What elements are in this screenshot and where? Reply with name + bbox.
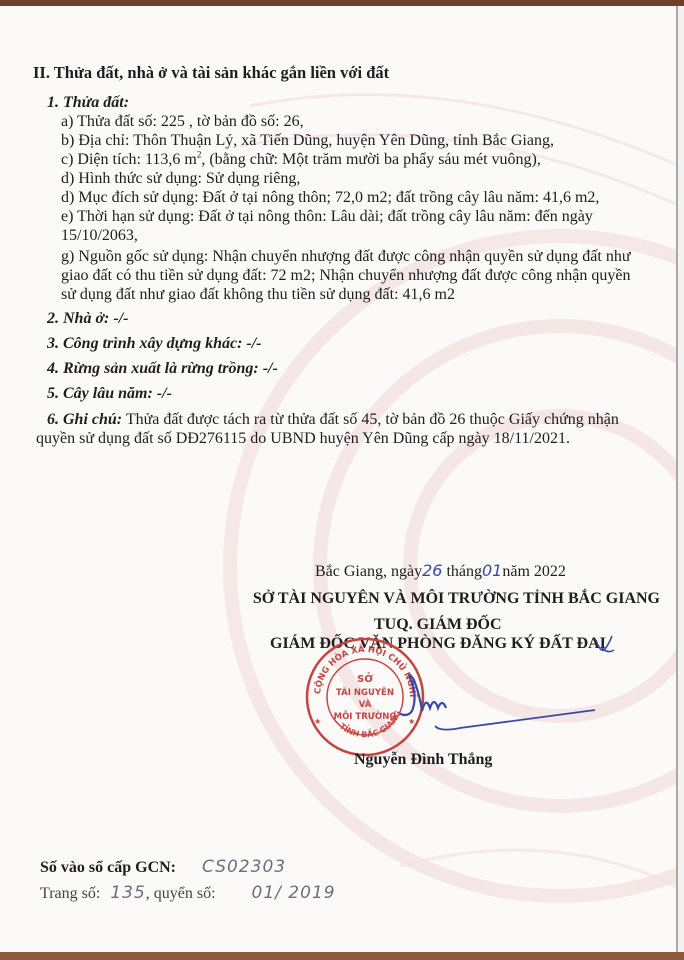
usage-form: d) Hình thức sử dụng: Sử dụng riêng, — [61, 169, 300, 189]
notes-line2: quyền sử dụng đất số DĐ276115 do UBND hu… — [36, 429, 570, 449]
notes-line1: Thửa đất được tách ra từ thửa đất số 45,… — [122, 411, 619, 428]
initial-mark-icon — [594, 634, 616, 656]
production-forest-label: 4. Rừng sản xuất là rừng trồng: — [47, 360, 259, 377]
house-row: 2. Nhà ở: -/- — [47, 309, 128, 329]
usage-origin-2: giao đất có thu tiền sử dụng đất: 72 m2;… — [61, 266, 631, 286]
on-behalf-title: TUQ. GIÁM ĐỐC — [374, 615, 502, 635]
parcel-number: a) Thửa đất số: 225 , tờ bản đồ số: 26, — [61, 112, 304, 132]
other-construction-label: 3. Công trình xây dựng khác: — [47, 335, 242, 352]
stamp-line1: SỞ — [357, 671, 373, 685]
area-value: c) Diện tích: 113,6 m — [61, 151, 197, 168]
signer-name: Nguyễn Đình Thắng — [354, 750, 492, 770]
area-words: , (bằng chữ: Một trăm mười ba phẩy sáu m… — [201, 151, 541, 168]
signature-icon — [400, 666, 600, 736]
parcel-address: b) Địa chỉ: Thôn Thuận Lý, xã Tiến Dũng,… — [61, 131, 554, 151]
book-value: 01/ 2019 — [252, 883, 336, 903]
production-forest-row: 4. Rừng sản xuất là rừng trồng: -/- — [47, 359, 278, 379]
notes-row: 6. Ghi chú: Thửa đất được tách ra từ thử… — [47, 410, 619, 430]
page-book-row: Trang số:135, quyển số:01/ 2019 — [40, 883, 336, 904]
perennial-trees-value: -/- — [153, 385, 172, 402]
page-value: 135 — [110, 883, 145, 903]
background-surface-bottom — [0, 952, 684, 960]
agency-name: SỞ TÀI NGUYÊN VÀ MÔI TRƯỜNG TỈNH BẮC GIA… — [240, 589, 660, 609]
usage-purpose: d) Mục đích sử dụng: Đất ở tại nông thôn… — [61, 188, 599, 208]
year-text: năm 2022 — [502, 563, 566, 580]
gcn-value: CS02303 — [202, 857, 286, 877]
month-handwritten: 01 — [482, 561, 502, 580]
house-label: 2. Nhà ở: — [47, 310, 109, 327]
house-value: -/- — [109, 310, 128, 327]
stamp-line4: MÔI TRƯỜNG — [334, 710, 397, 722]
perennial-trees-row: 5. Cây lâu năm: -/- — [47, 384, 172, 404]
day-handwritten: 26 — [422, 561, 442, 580]
land-parcel-heading: 1. Thửa đất: — [47, 93, 129, 113]
certificate-page: II. Thửa đất, nhà ở và tài sản khác gắn … — [0, 6, 678, 954]
svg-text:★: ★ — [314, 717, 321, 726]
gcn-label: Số vào sổ cấp GCN: — [40, 859, 176, 876]
book-label: , quyển số: — [146, 885, 216, 902]
usage-origin-1: g) Nguồn gốc sử dụng: Nhận chuyển nhượng… — [61, 247, 631, 267]
production-forest-value: -/- — [259, 360, 278, 377]
page-edge — [677, 6, 684, 954]
perennial-trees-label: 5. Cây lâu năm: — [47, 385, 153, 402]
stamp-line2: TÀI NGUYÊN — [336, 686, 394, 698]
other-construction-value: -/- — [242, 335, 261, 352]
place-date-prefix: Bắc Giang, ngày — [315, 563, 422, 580]
page-label: Trang số: — [40, 885, 100, 902]
gcn-registry-row: Số vào sổ cấp GCN:CS02303 — [40, 857, 286, 878]
other-construction-row: 3. Công trình xây dựng khác: -/- — [47, 334, 262, 354]
usage-term-date: 15/10/2063, — [61, 226, 138, 246]
notes-label: 6. Ghi chú: — [47, 411, 122, 428]
usage-term: e) Thời hạn sử dụng: Đất ở tại nông thôn… — [61, 207, 593, 227]
parcel-area: c) Diện tích: 113,6 m2, (bằng chữ: Một t… — [61, 150, 541, 170]
section-title: II. Thửa đất, nhà ở và tài sản khác gắn … — [33, 63, 389, 83]
place-date: Bắc Giang, ngày26 tháng01năm 2022 — [315, 561, 566, 582]
stamp-line3: VÀ — [359, 698, 372, 710]
month-label: tháng — [442, 563, 482, 580]
usage-origin-3: sử dụng đất như giao đất không thu tiền … — [61, 285, 455, 305]
